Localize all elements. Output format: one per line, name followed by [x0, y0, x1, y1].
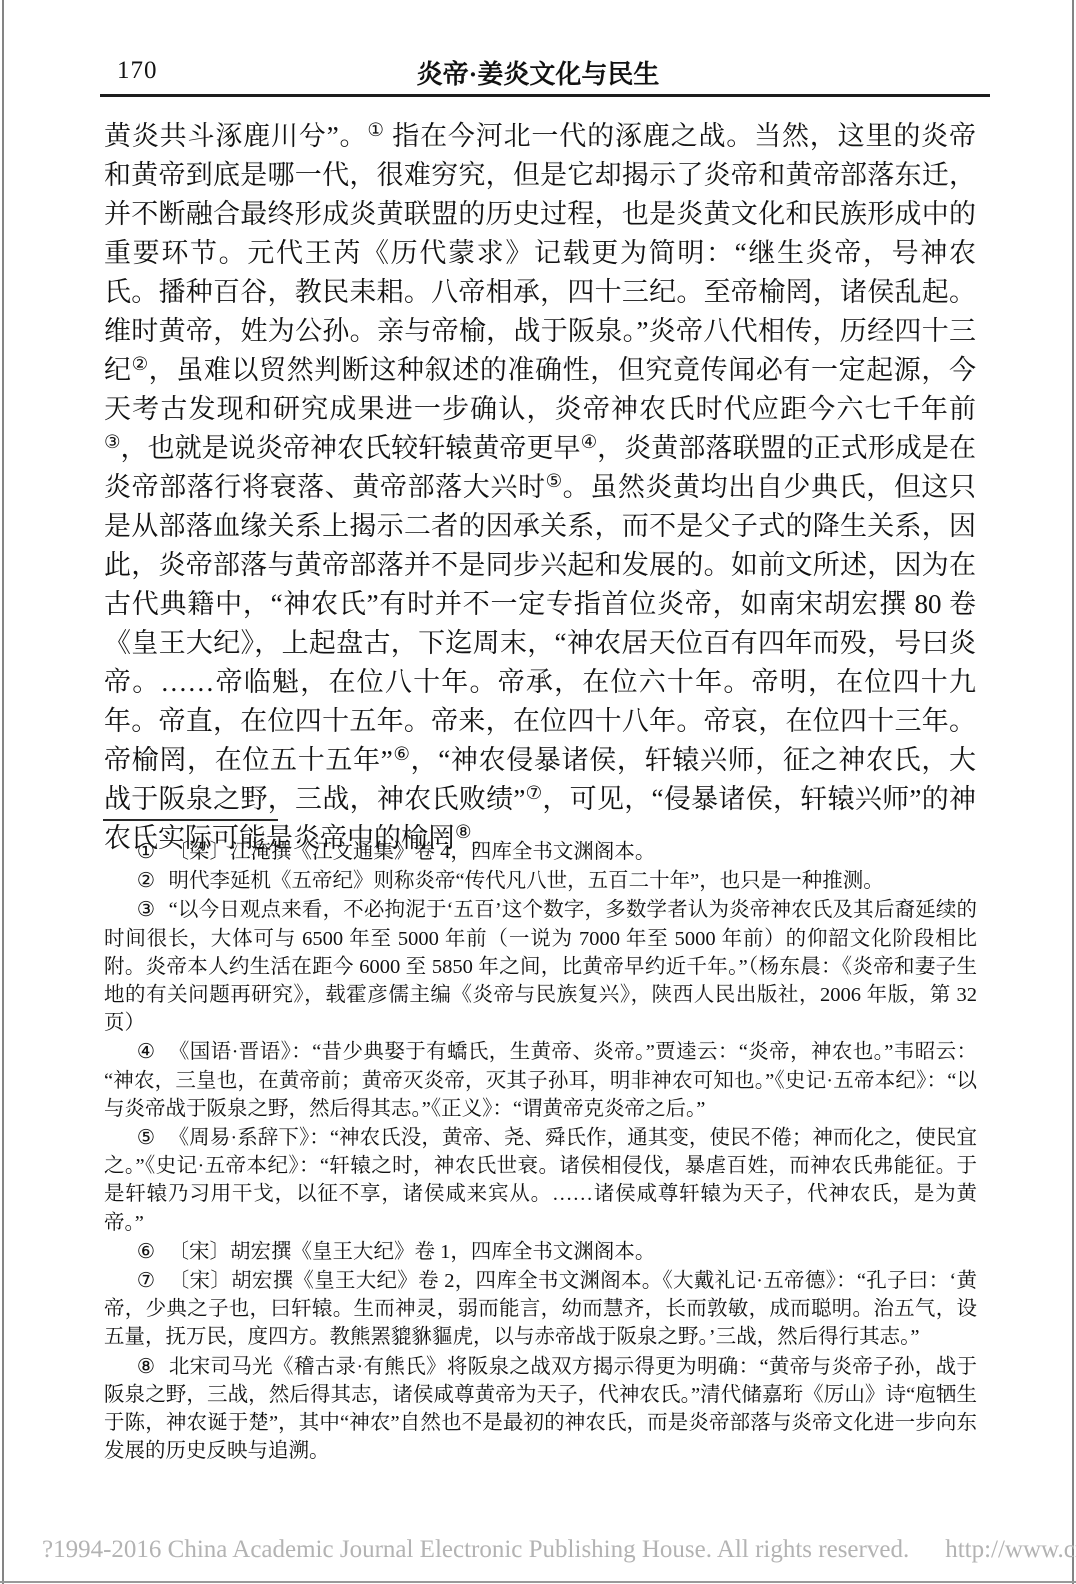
scan-border-bottom [0, 1581, 1076, 1583]
footnote-item: ①〔梁〕江淹撰《江文通集》卷 4，四库全书文渊阁本。 [104, 838, 977, 866]
footnote-text: 明代李延机《五帝纪》则称炎帝“传代凡八世，五百二十年”，也只是一种推测。 [169, 870, 884, 892]
scan-border-right [1072, 0, 1074, 1584]
header-rule [100, 94, 990, 97]
footnote-marker: ⑧ [137, 1356, 156, 1378]
footnote-item: ⑦〔宋〕胡宏撰《皇王大纪》卷 2，四库全书文渊阁本。《大戴礼记·五帝德》：“孔子… [104, 1267, 977, 1352]
watermark-text: ?1994-2016 China Academic Journal Electr… [42, 1536, 909, 1563]
footnote-item: ⑤《周易·系辞下》：“神农氏没，黄帝、尧、舜氏作，通其变，使民不倦；神而化之，使… [104, 1124, 977, 1237]
footnote-item: ⑥〔宋〕胡宏撰《皇王大纪》卷 1，四库全书文渊阁本。 [104, 1238, 977, 1266]
watermark-url: http://www.cnki.net [945, 1536, 1076, 1563]
footnote-item: ②明代李延机《五帝纪》则称炎帝“传代凡八世，五百二十年”，也只是一种推测。 [104, 867, 977, 895]
footnotes-list: ①〔梁〕江淹撰《江文通集》卷 4，四库全书文渊阁本。 ②明代李延机《五帝纪》则称… [104, 838, 977, 1466]
body-paragraph: 黄炎共斗涿鹿川兮”。① 指在今河北一代的涿鹿之战。当然，这里的炎帝和黄帝到底是哪… [104, 117, 976, 858]
footnote-text: 〔宋〕胡宏撰《皇王大纪》卷 2，四库全书文渊阁本。《大戴礼记·五帝德》：“孔子曰… [104, 1270, 977, 1348]
footnote-marker: ① [137, 841, 155, 863]
publisher-watermark: ?1994-2016 China Academic Journal Electr… [42, 1536, 1042, 1564]
footnote-separator-rule [103, 819, 278, 821]
footnote-item: ④《国语·晋语》：“昔少典娶于有蟜氏，生黄帝、炎帝。”贾逵云：“炎帝，神农也。”… [104, 1038, 977, 1123]
footnote-marker: ③ [137, 899, 156, 921]
scan-border-left [2, 0, 4, 1584]
footnote-marker: ⑦ [137, 1270, 156, 1292]
footnote-marker: ⑥ [137, 1241, 155, 1263]
footnote-text: “以今日观点来看，不必拘泥于‘五百’这个数字，多数学者认为炎帝神农氏及其后裔延续… [104, 899, 977, 1034]
footnote-text: 《周易·系辞下》：“神农氏没，黄帝、尧、舜氏作，通其变，使民不倦；神而化之，使民… [104, 1127, 977, 1234]
footnote-marker: ④ [137, 1041, 156, 1063]
footnote-text: 〔宋〕胡宏撰《皇王大纪》卷 1，四库全书文渊阁本。 [169, 1241, 656, 1263]
running-title: 炎帝·姜炎文化与民生 [0, 54, 1076, 91]
footnote-text: 北宋司马光《稽古录·有熊氏》将阪泉之战双方揭示得更为明确：“黄帝与炎帝子孙，战于… [104, 1356, 977, 1463]
footnote-item: ⑧北宋司马光《稽古录·有熊氏》将阪泉之战双方揭示得更为明确：“黄帝与炎帝子孙，战… [104, 1353, 977, 1466]
footnote-marker: ② [137, 870, 155, 892]
scanned-book-page: 170 炎帝·姜炎文化与民生 黄炎共斗涿鹿川兮”。① 指在今河北一代的涿鹿之战。… [0, 0, 1076, 1584]
footnote-text: 〔梁〕江淹撰《江文通集》卷 4，四库全书文渊阁本。 [169, 841, 656, 863]
footnote-marker: ⑤ [137, 1127, 155, 1149]
footnote-item: ③“以今日观点来看，不必拘泥于‘五百’这个数字，多数学者认为炎帝神农氏及其后裔延… [104, 896, 977, 1037]
footnote-text: 《国语·晋语》：“昔少典娶于有蟜氏，生黄帝、炎帝。”贾逵云：“炎帝，神农也。”韦… [104, 1041, 977, 1119]
